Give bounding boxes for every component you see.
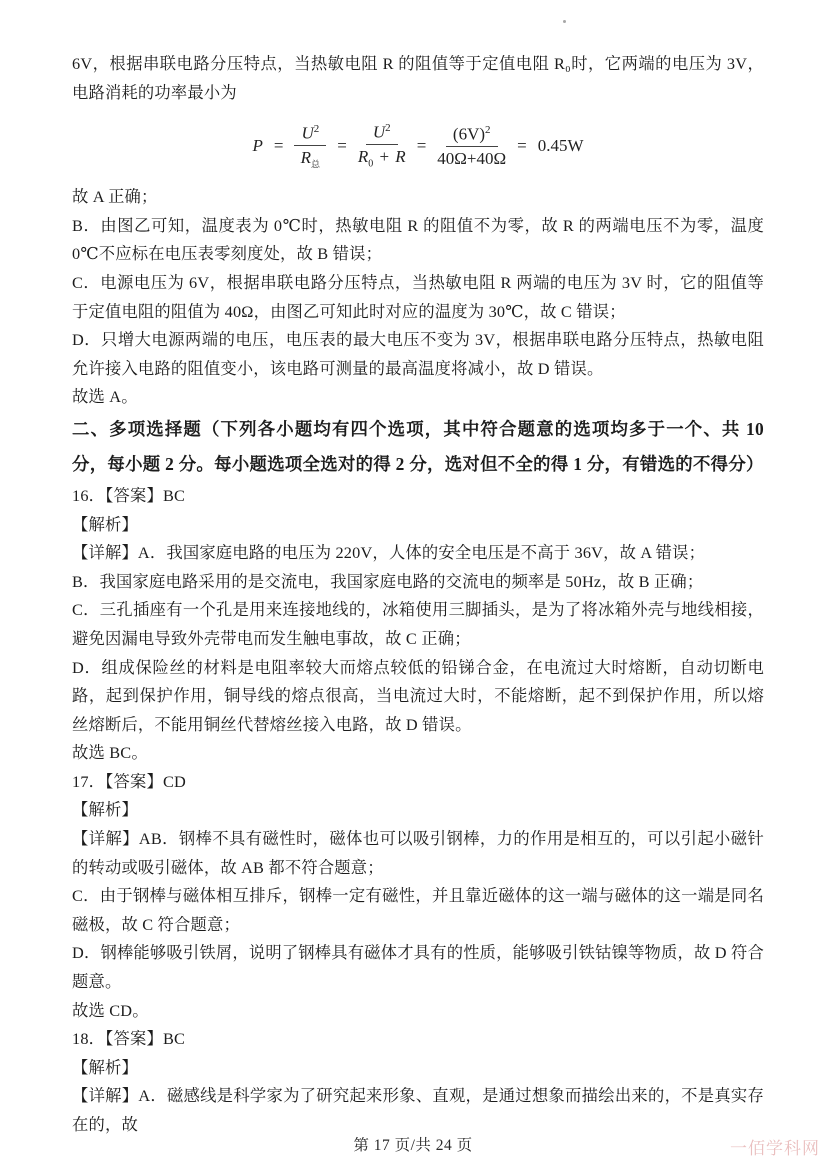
page-content: 6V，根据串联电路分压特点，当热敏电阻 R 的阻值等于定值电阻 R₀时，它两端的… bbox=[72, 50, 764, 1140]
formula-u: U bbox=[301, 123, 313, 142]
detail-16-option-a: 【详解】A．我国家庭电路的电压为 220V，人体的安全电压是不高于 36V，故 … bbox=[72, 539, 764, 568]
analysis-label-17: 【解析】 bbox=[72, 796, 764, 825]
watermark: 一佰学科网 bbox=[730, 1134, 820, 1159]
exponent: 2 bbox=[485, 124, 491, 136]
formula-r: R bbox=[395, 147, 405, 166]
analysis-label-18: 【解析】 bbox=[72, 1054, 764, 1083]
detail-17-option-d: D．钢棒能够吸引铁屑，说明了钢棒具有磁体才具有的性质，能够吸引铁钴镍等物质，故 … bbox=[72, 939, 764, 996]
conclusion-option-a: 故 A 正确； bbox=[72, 183, 764, 212]
analysis-option-b: B．由图乙可知，温度表为 0℃时，热敏电阻 R 的阻值不为零，故 R 的两端电压… bbox=[72, 212, 764, 269]
fraction-u2-over-rtotal: U2 R总 bbox=[294, 123, 326, 170]
detail-18-option-a: 【详解】A．磁感线是科学家为了研究起来形象、直观，是通过想象而描绘出来的，不是真… bbox=[72, 1082, 764, 1139]
power-formula: P = U2 R总 = U2 R0 + R = (6V)2 40Ω+40Ω = … bbox=[72, 115, 764, 177]
numeric-numerator: (6V) bbox=[453, 124, 485, 143]
final-answer-16: 故选 BC。 bbox=[72, 739, 764, 768]
section-heading-multiple-choice: 二、多项选择题（下列各小题均有四个选项，其中符合题意的选项均多于一个、共 10 … bbox=[72, 412, 764, 482]
subscript-total: 总 bbox=[311, 159, 320, 169]
exponent: 2 bbox=[314, 123, 320, 135]
answer-line-17: 17．【答案】CD bbox=[72, 768, 764, 797]
formula-r: R bbox=[301, 148, 311, 167]
document-page: 6V，根据串联电路分压特点，当热敏电阻 R 的阻值等于定值电阻 R₀时，它两端的… bbox=[0, 0, 826, 1169]
formula-u: U bbox=[373, 123, 385, 142]
analysis-option-d: D．只增大电源两端的电压，电压表的最大电压不变为 3V，根据串联电路分压特点，热… bbox=[72, 326, 764, 383]
stem-continuation: 6V，根据串联电路分压特点，当热敏电阻 R 的阻值等于定值电阻 R₀时，它两端的… bbox=[72, 50, 764, 107]
detail-16-option-d: D．组成保险丝的材料是电阻率较大而熔点较低的铅锑合金，在电流过大时熔断，自动切断… bbox=[72, 654, 764, 740]
detail-16-option-c: C．三孔插座有一个孔是用来连接地线的，冰箱使用三脚插头，是为了将冰箱外壳与地线相… bbox=[72, 596, 764, 653]
numeric-denominator: 40Ω+40Ω bbox=[437, 149, 506, 168]
formula-lhs: P bbox=[252, 136, 262, 156]
analysis-option-c: C．电源电压为 6V，根据串联电路分压特点，当热敏电阻 R 两端的电压为 3V … bbox=[72, 269, 764, 326]
analysis-label-16: 【解析】 bbox=[72, 511, 764, 540]
detail-16-option-b: B．我国家庭电路采用的是交流电，我国家庭电路的交流电的频率是 50Hz，故 B … bbox=[72, 568, 764, 597]
formula-result: 0.45W bbox=[538, 136, 584, 156]
equals-sign: = bbox=[335, 136, 349, 156]
equals-sign: = bbox=[515, 136, 529, 156]
fraction-u2-over-r0-plus-r: U2 R0 + R bbox=[358, 122, 406, 170]
final-answer-15: 故选 A。 bbox=[72, 383, 764, 412]
answer-line-18: 18．【答案】BC bbox=[72, 1025, 764, 1054]
formula-r0: R bbox=[358, 147, 368, 166]
equals-sign: = bbox=[415, 136, 429, 156]
final-answer-17: 故选 CD。 bbox=[72, 997, 764, 1026]
plus-sign: + bbox=[373, 147, 395, 166]
answer-line-16: 16．【答案】BC bbox=[72, 482, 764, 511]
page-number: 第 17 页/共 24 页 bbox=[0, 1133, 826, 1155]
exponent: 2 bbox=[385, 122, 391, 134]
detail-17-options-ab: 【详解】AB．钢棒不具有磁性时，磁体也可以吸引钢棒，力的作用是相互的，可以引起小… bbox=[72, 825, 764, 882]
detail-17-option-c: C．由于钢棒与磁体相互排斥，钢棒一定有磁性，并且靠近磁体的这一端与磁体的这一端是… bbox=[72, 882, 764, 939]
fraction-numeric: (6V)2 40Ω+40Ω bbox=[437, 124, 506, 169]
stray-dot-mark bbox=[563, 20, 566, 23]
equals-sign: = bbox=[272, 136, 286, 156]
